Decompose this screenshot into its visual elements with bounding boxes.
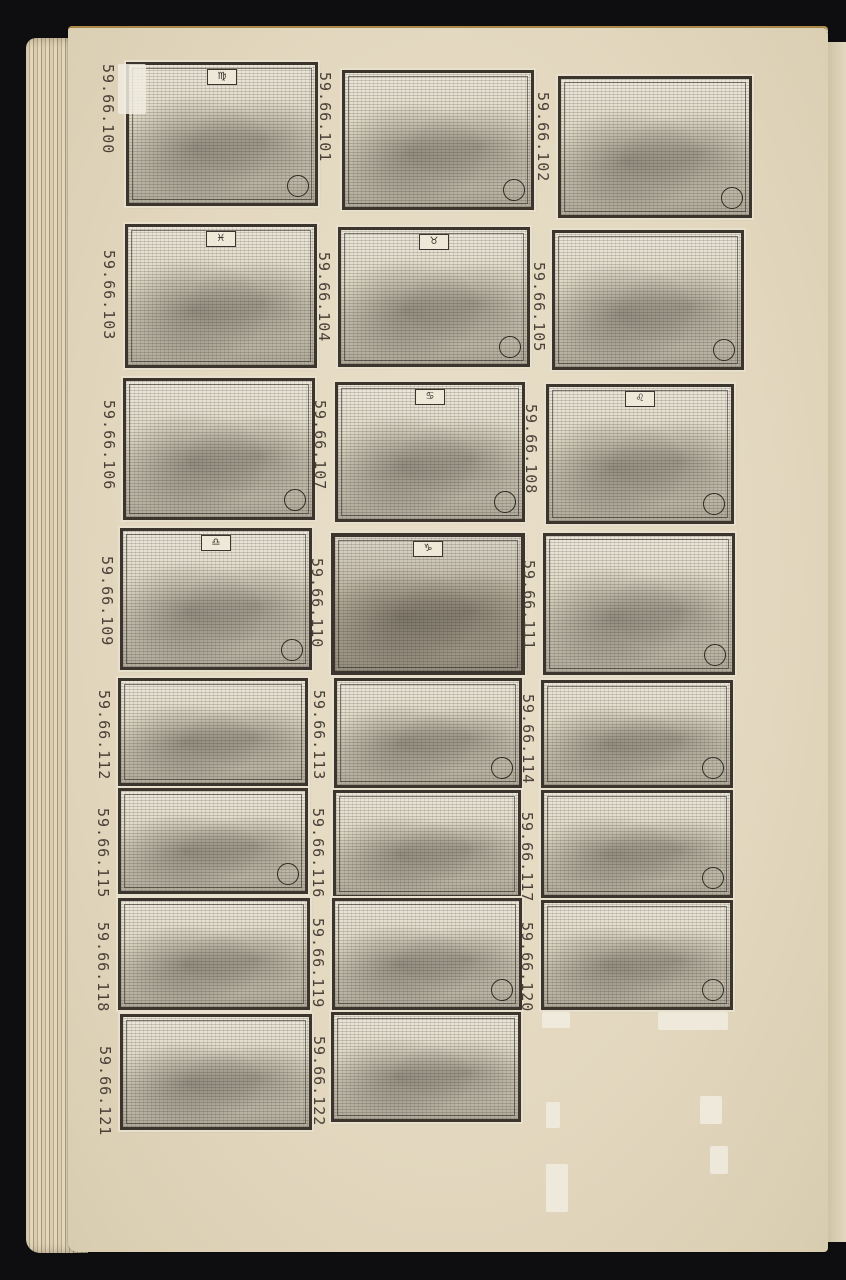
print-grid: ♍ ♓ ♉ ♋ ♌ ♎ ♑ 59.66.100 59.66.101 59.66.… xyxy=(0,0,846,1280)
hinge-remnant xyxy=(710,1146,728,1174)
zodiac-sign-icon: ♎ xyxy=(201,535,231,551)
woodcut-print xyxy=(120,1014,312,1130)
collection-stamp-icon xyxy=(284,489,306,511)
catalogue-number: 59.66.102 xyxy=(534,92,552,182)
woodcut-print xyxy=(331,1012,521,1122)
catalogue-number: 59.66.120 xyxy=(518,922,536,1012)
zodiac-sign-icon: ♑ xyxy=(413,541,443,557)
catalogue-number: 59.66.103 xyxy=(100,250,118,340)
zodiac-sign-icon: ♉ xyxy=(419,234,449,250)
woodcut-print: ♋ xyxy=(335,382,525,522)
hinge-remnant xyxy=(700,1096,722,1124)
catalogue-number: 59.66.100 xyxy=(99,64,117,154)
woodcut-print xyxy=(541,680,733,788)
zodiac-sign-icon: ♓ xyxy=(206,231,236,247)
catalogue-number: 59.66.101 xyxy=(316,72,334,162)
woodcut-print xyxy=(333,790,521,898)
hinge-remnant xyxy=(546,1102,560,1128)
woodcut-print: ♓ xyxy=(125,224,317,368)
catalogue-number: 59.66.110 xyxy=(308,558,326,648)
catalogue-number: 59.66.117 xyxy=(518,812,536,902)
zodiac-sign-icon: ♍ xyxy=(207,69,237,85)
collection-stamp-icon xyxy=(702,867,724,889)
catalogue-number: 59.66.116 xyxy=(309,808,327,898)
collection-stamp-icon xyxy=(702,979,724,1001)
collection-stamp-icon xyxy=(287,175,309,197)
zodiac-sign-icon: ♌ xyxy=(625,391,655,407)
zodiac-sign-icon: ♋ xyxy=(415,389,445,405)
woodcut-print xyxy=(118,898,310,1010)
catalogue-number: 59.66.112 xyxy=(95,690,113,780)
hinge-remnant xyxy=(118,64,146,114)
woodcut-print: ♍ xyxy=(126,62,318,206)
catalogue-number: 59.66.105 xyxy=(530,262,548,352)
collection-stamp-icon xyxy=(702,757,724,779)
catalogue-number: 59.66.122 xyxy=(310,1036,328,1126)
collection-stamp-icon xyxy=(281,639,303,661)
woodcut-print: ♌ xyxy=(546,384,734,524)
collection-stamp-icon xyxy=(704,644,726,666)
woodcut-print xyxy=(332,898,522,1010)
woodcut-print xyxy=(558,76,752,218)
catalogue-number: 59.66.106 xyxy=(100,400,118,490)
collection-stamp-icon xyxy=(277,863,299,885)
catalogue-number: 59.66.119 xyxy=(309,918,327,1008)
catalogue-number: 59.66.113 xyxy=(310,690,328,780)
collection-stamp-icon xyxy=(721,187,743,209)
woodcut-print xyxy=(118,788,308,894)
catalogue-number: 59.66.104 xyxy=(315,252,333,342)
collection-stamp-icon xyxy=(491,757,513,779)
woodcut-print xyxy=(334,678,522,788)
woodcut-print xyxy=(552,230,744,370)
catalogue-number: 59.66.111 xyxy=(520,560,538,650)
catalogue-number: 59.66.118 xyxy=(94,922,112,1012)
woodcut-print xyxy=(118,678,308,786)
woodcut-print: ♑ xyxy=(331,533,525,675)
woodcut-print xyxy=(123,378,315,520)
catalogue-number: 59.66.108 xyxy=(522,404,540,494)
hinge-remnant xyxy=(546,1164,568,1212)
collection-stamp-icon xyxy=(703,493,725,515)
woodcut-print xyxy=(543,533,735,675)
hinge-remnant xyxy=(658,1012,728,1030)
woodcut-print xyxy=(541,900,733,1010)
catalogue-number: 59.66.109 xyxy=(98,556,116,646)
woodcut-print xyxy=(342,70,534,210)
collection-stamp-icon xyxy=(494,491,516,513)
woodcut-print: ♎ xyxy=(120,528,312,670)
catalogue-number: 59.66.107 xyxy=(311,400,329,490)
hinge-remnant xyxy=(542,1012,570,1028)
woodcut-print: ♉ xyxy=(338,227,530,367)
collection-stamp-icon xyxy=(713,339,735,361)
catalogue-number: 59.66.114 xyxy=(519,694,537,784)
woodcut-print xyxy=(541,790,733,898)
collection-stamp-icon xyxy=(491,979,513,1001)
collection-stamp-icon xyxy=(503,179,525,201)
catalogue-number: 59.66.121 xyxy=(96,1046,114,1136)
collection-stamp-icon xyxy=(499,336,521,358)
catalogue-number: 59.66.115 xyxy=(94,808,112,898)
